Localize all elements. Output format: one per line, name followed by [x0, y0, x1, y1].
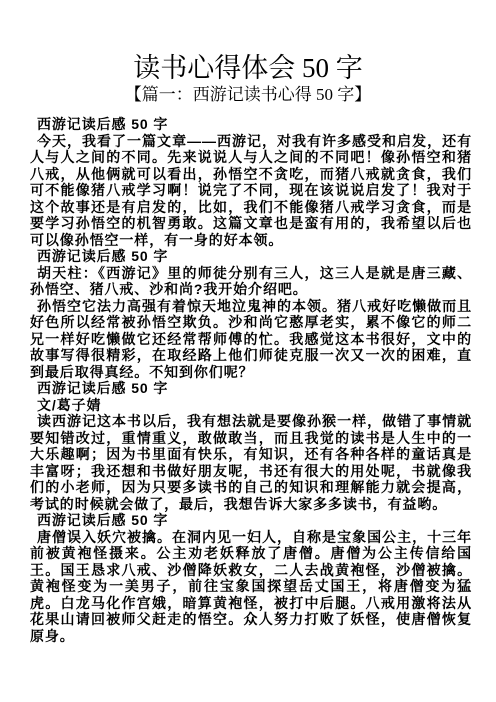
page-subtitle: 【篇一：西游记读书心得 50 字】 [0, 84, 496, 106]
body-paragraph: 读西游记这本书以后，我有想法就是要像孙猴一样，做错了事情就要知错改过，重情重义，… [30, 413, 472, 512]
section-heading: 西游记读后感 50 字 [30, 116, 472, 133]
section-1: 西游记读后感 50 字 今天，我看了一篇文章——西游记，对我有许多感受和启发，还… [30, 116, 472, 248]
document-body: 西游记读后感 50 字 今天，我看了一篇文章——西游记，对我有许多感受和启发，还… [0, 116, 496, 644]
body-paragraph: 孙悟空它法力高强有着惊天地泣鬼神的本领。猪八戒好吃懒做而且好色所以经常被孙悟空欺… [30, 298, 472, 381]
body-paragraph: 唐僧误入妖穴被擒。在洞内见一妇人，自称是宝象国公主，十三年前被黄袍怪摄来。公主劝… [30, 529, 472, 645]
document-page: 读书心得体会 50 字 【篇一：西游记读书心得 50 字】 西游记读后感 50 … [0, 0, 496, 702]
section-heading: 西游记读后感 50 字 [30, 512, 472, 529]
section-heading: 西游记读后感 50 字 [30, 248, 472, 265]
section-4: 西游记读后感 50 字 唐僧误入妖穴被擒。在洞内见一妇人，自称是宝象国公主，十三… [30, 512, 472, 644]
body-paragraph: 今天，我看了一篇文章——西游记，对我有许多感受和启发，还有人与人之间的不同。先来… [30, 133, 472, 249]
page-title: 读书心得体会 50 字 [0, 52, 496, 84]
section-2: 西游记读后感 50 字 胡天柱：《西游记》里的师徒分别有三人，这三人是就是唐三藏… [30, 248, 472, 380]
section-heading: 西游记读后感 50 字 [30, 380, 472, 397]
section-3: 西游记读后感 50 字 文/葛子婧 读西游记这本书以后，我有想法就是要像孙猴一样… [30, 380, 472, 512]
section-byline: 文/葛子婧 [30, 397, 472, 414]
body-paragraph: 胡天柱：《西游记》里的师徒分别有三人，这三人是就是唐三藏、孙悟空、猪八戒、沙和尚… [30, 265, 472, 298]
